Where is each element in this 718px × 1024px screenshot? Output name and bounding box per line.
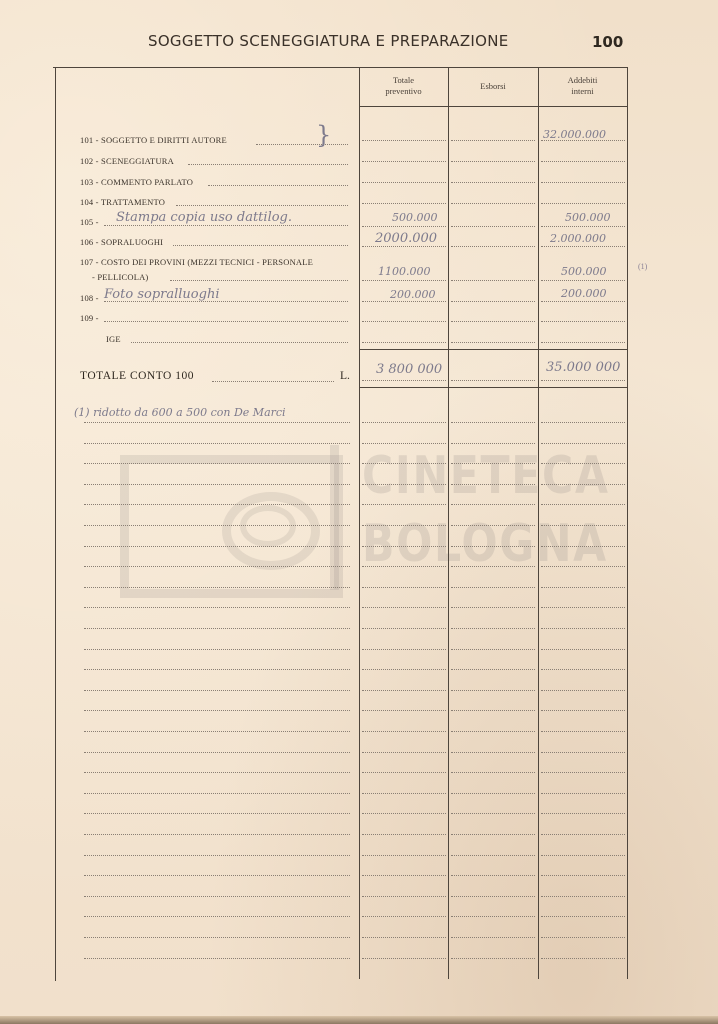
row-line — [362, 342, 446, 343]
blank-ruled-line — [541, 834, 625, 835]
table-top-border — [53, 67, 627, 68]
totals-top-border — [359, 349, 627, 350]
row-line — [362, 301, 446, 302]
watermark-text-cineteca: CINETECA — [362, 450, 610, 502]
blank-ruled-line — [541, 525, 625, 526]
blank-ruled-line — [541, 958, 625, 959]
item-102-label: 102 - SCENEGGIATURA — [80, 156, 174, 166]
blank-ruled-line — [541, 463, 625, 464]
amount-108-totale: 200.000 — [390, 288, 436, 301]
row-line — [362, 161, 446, 162]
column-header-addebiti-interni: Addebiti interni — [538, 75, 627, 97]
blank-ruled-line — [362, 834, 446, 835]
column-header-totale-preventivo: Totale preventivo — [359, 75, 448, 97]
blank-ruled-line — [451, 875, 535, 876]
row-line — [541, 321, 625, 322]
blank-ruled-line — [541, 587, 625, 588]
blank-ruled-line — [451, 710, 535, 711]
row-line — [451, 301, 535, 302]
blank-ruled-line — [451, 793, 535, 794]
row-line — [362, 226, 446, 227]
footnote-marker: (1) — [638, 262, 647, 271]
blank-ruled-line — [362, 504, 446, 505]
blank-ruled-line — [362, 607, 446, 608]
blank-ruled-line — [84, 710, 350, 711]
item-109-leader — [104, 321, 348, 322]
blank-ruled-line — [451, 504, 535, 505]
column-header-line: Addebiti — [538, 75, 627, 86]
blank-ruled-line — [84, 463, 350, 464]
item-106-label: 106 - SOPRALUOGHI — [80, 237, 163, 247]
blank-ruled-line — [451, 422, 535, 423]
blank-ruled-line — [84, 546, 350, 547]
blank-ruled-line — [362, 710, 446, 711]
footnote-line — [84, 422, 350, 423]
blank-ruled-line — [84, 690, 350, 691]
blank-ruled-line — [541, 566, 625, 567]
blank-ruled-line — [451, 443, 535, 444]
row-line — [451, 161, 535, 162]
blank-ruled-line — [451, 649, 535, 650]
blank-ruled-line — [541, 896, 625, 897]
blank-ruled-line — [362, 649, 446, 650]
blank-ruled-line — [451, 669, 535, 670]
handwritten-brace: } — [316, 121, 331, 149]
amount-107-addebiti: 500.000 — [561, 265, 607, 278]
item-107-label: 107 - COSTO DEI PROVINI (MEZZI TECNICI -… — [80, 257, 313, 267]
blank-ruled-line — [541, 937, 625, 938]
blank-ruled-line — [541, 875, 625, 876]
item-101-leader — [256, 144, 348, 145]
row-line — [541, 380, 625, 381]
total-label: TOTALE CONTO 100 — [80, 370, 194, 382]
item-108-label: 108 - — [80, 293, 99, 303]
row-line — [451, 342, 535, 343]
row-line — [541, 246, 625, 247]
total-addebiti-interni: 35.000 000 — [546, 360, 620, 375]
blank-ruled-line — [362, 484, 446, 485]
table-left-border — [55, 67, 56, 981]
blank-ruled-line — [84, 566, 350, 567]
blank-ruled-line — [451, 958, 535, 959]
blank-ruled-line — [84, 855, 350, 856]
blank-ruled-line — [362, 443, 446, 444]
row-line — [362, 182, 446, 183]
blank-ruled-line — [451, 752, 535, 753]
blank-ruled-line — [451, 587, 535, 588]
blank-ruled-line — [84, 607, 350, 608]
blank-ruled-line — [362, 937, 446, 938]
blank-ruled-line — [451, 813, 535, 814]
row-line — [451, 182, 535, 183]
item-ige-label: IGE — [106, 334, 121, 344]
blank-ruled-line — [451, 484, 535, 485]
column-divider-1 — [359, 67, 360, 979]
blank-ruled-line — [362, 525, 446, 526]
header-row-bottom-border — [359, 106, 627, 107]
blank-ruled-line — [84, 504, 350, 505]
amount-105-totale: 500.000 — [392, 211, 438, 224]
blank-ruled-line — [362, 690, 446, 691]
blank-ruled-line — [541, 504, 625, 505]
item-107-leader — [170, 280, 348, 281]
blank-ruled-line — [451, 855, 535, 856]
blank-ruled-line — [541, 710, 625, 711]
item-ige-leader — [131, 342, 348, 343]
amount-107-totale: 1100.000 — [378, 265, 431, 278]
item-102-leader — [188, 164, 348, 165]
blank-ruled-line — [541, 772, 625, 773]
item-101-label: 101 - SOGGETTO E DIRITTI AUTORE — [80, 135, 227, 145]
row-line — [362, 246, 446, 247]
blank-ruled-line — [362, 813, 446, 814]
item-104-leader — [176, 205, 348, 206]
column-header-esborsi: Esborsi — [448, 81, 538, 92]
item-103-label: 103 - COMMENTO PARLATO — [80, 177, 193, 187]
row-line — [451, 203, 535, 204]
blank-ruled-line — [451, 463, 535, 464]
blank-ruled-line — [541, 669, 625, 670]
row-line — [451, 140, 535, 141]
blank-ruled-line — [84, 649, 350, 650]
amount-106-addebiti: 2.000.000 — [550, 232, 606, 245]
blank-ruled-line — [362, 772, 446, 773]
blank-ruled-line — [541, 690, 625, 691]
blank-ruled-line — [84, 752, 350, 753]
handwritten-item-108: Foto sopralluoghi — [104, 287, 219, 302]
page-bottom-edge — [0, 1016, 718, 1024]
column-divider-3 — [538, 67, 539, 979]
blank-ruled-line — [451, 607, 535, 608]
blank-ruled-line — [84, 443, 350, 444]
blank-ruled-line — [362, 855, 446, 856]
total-totale-preventivo: 3 800 000 — [376, 362, 442, 377]
blank-ruled-line — [84, 958, 350, 959]
row-line — [451, 380, 535, 381]
totals-bottom-border — [359, 387, 627, 388]
total-currency: L. — [340, 370, 350, 382]
blank-ruled-line — [84, 484, 350, 485]
blank-ruled-line — [451, 525, 535, 526]
blank-ruled-line — [362, 731, 446, 732]
blank-ruled-line — [451, 690, 535, 691]
blank-ruled-line — [451, 916, 535, 917]
item-103-leader — [208, 185, 348, 186]
row-line — [362, 380, 446, 381]
blank-ruled-line — [451, 834, 535, 835]
amount-106-totale: 2000.000 — [375, 231, 437, 246]
blank-ruled-line — [362, 793, 446, 794]
blank-ruled-line — [84, 834, 350, 835]
blank-ruled-line — [541, 422, 625, 423]
blank-ruled-line — [84, 772, 350, 773]
blank-ruled-line — [84, 628, 350, 629]
blank-ruled-line — [362, 628, 446, 629]
blank-ruled-line — [84, 916, 350, 917]
row-line — [451, 246, 535, 247]
blank-ruled-line — [84, 669, 350, 670]
blank-ruled-line — [362, 422, 446, 423]
blank-ruled-line — [451, 937, 535, 938]
column-divider-2 — [448, 67, 449, 979]
item-109-label: 109 - — [80, 313, 99, 323]
column-header-line: preventivo — [359, 86, 448, 97]
row-line — [362, 280, 446, 281]
row-line — [541, 301, 625, 302]
blank-ruled-line — [541, 443, 625, 444]
amount-108-addebiti: 200.000 — [561, 287, 607, 300]
table-right-border — [627, 67, 628, 979]
column-header-line: Esborsi — [448, 81, 538, 92]
blank-ruled-line — [541, 813, 625, 814]
blank-ruled-line — [451, 896, 535, 897]
blank-ruled-line — [541, 649, 625, 650]
watermark-logo-bar — [330, 445, 339, 590]
column-header-line: interni — [538, 86, 627, 97]
item-104-label: 104 - TRATTAMENTO — [80, 197, 165, 207]
blank-ruled-line — [362, 463, 446, 464]
total-leader — [212, 381, 334, 382]
blank-ruled-line — [362, 958, 446, 959]
item-105-label: 105 - — [80, 217, 99, 227]
row-line — [362, 321, 446, 322]
blank-ruled-line — [541, 855, 625, 856]
handwritten-footnote: (1) ridotto da 600 a 500 con De Marci — [74, 406, 286, 419]
blank-ruled-line — [84, 525, 350, 526]
blank-ruled-line — [451, 546, 535, 547]
item-107-label-line2: - PELLICOLA) — [92, 272, 148, 282]
item-106-leader — [173, 245, 348, 246]
blank-ruled-line — [84, 587, 350, 588]
blank-ruled-line — [451, 628, 535, 629]
blank-ruled-line — [84, 937, 350, 938]
row-line — [541, 182, 625, 183]
blank-ruled-line — [362, 566, 446, 567]
account-number: 100 — [592, 33, 623, 51]
column-header-line: Totale — [359, 75, 448, 86]
row-line — [541, 226, 625, 227]
blank-ruled-line — [451, 566, 535, 567]
blank-ruled-line — [541, 484, 625, 485]
row-line — [541, 342, 625, 343]
page-title: SOGGETTO SCENEGGIATURA E PREPARAZIONE — [148, 32, 509, 50]
blank-ruled-line — [362, 752, 446, 753]
blank-ruled-line — [84, 896, 350, 897]
blank-ruled-line — [362, 587, 446, 588]
blank-ruled-line — [451, 772, 535, 773]
blank-ruled-line — [362, 669, 446, 670]
blank-ruled-line — [541, 793, 625, 794]
blank-ruled-line — [541, 731, 625, 732]
amount-105-addebiti: 500.000 — [565, 211, 611, 224]
blank-ruled-line — [541, 628, 625, 629]
amount-101-addebiti: 32.000.000 — [543, 128, 606, 141]
row-line — [451, 226, 535, 227]
blank-ruled-line — [541, 752, 625, 753]
blank-ruled-line — [84, 731, 350, 732]
row-line — [541, 203, 625, 204]
row-line — [451, 321, 535, 322]
blank-ruled-line — [362, 875, 446, 876]
blank-ruled-line — [84, 813, 350, 814]
row-line — [541, 280, 625, 281]
row-line — [451, 280, 535, 281]
row-line — [362, 140, 446, 141]
handwritten-item-105: Stampa copia uso dattilog. — [116, 210, 292, 225]
blank-ruled-line — [541, 607, 625, 608]
item-105-leader — [104, 225, 348, 226]
blank-ruled-line — [362, 546, 446, 547]
blank-ruled-line — [541, 916, 625, 917]
row-line — [362, 203, 446, 204]
row-line — [541, 161, 625, 162]
blank-ruled-line — [362, 896, 446, 897]
blank-ruled-line — [451, 731, 535, 732]
blank-ruled-line — [541, 546, 625, 547]
blank-ruled-line — [84, 793, 350, 794]
blank-ruled-line — [362, 916, 446, 917]
blank-ruled-line — [84, 875, 350, 876]
watermark-logo-inner-ring-icon — [240, 505, 296, 547]
